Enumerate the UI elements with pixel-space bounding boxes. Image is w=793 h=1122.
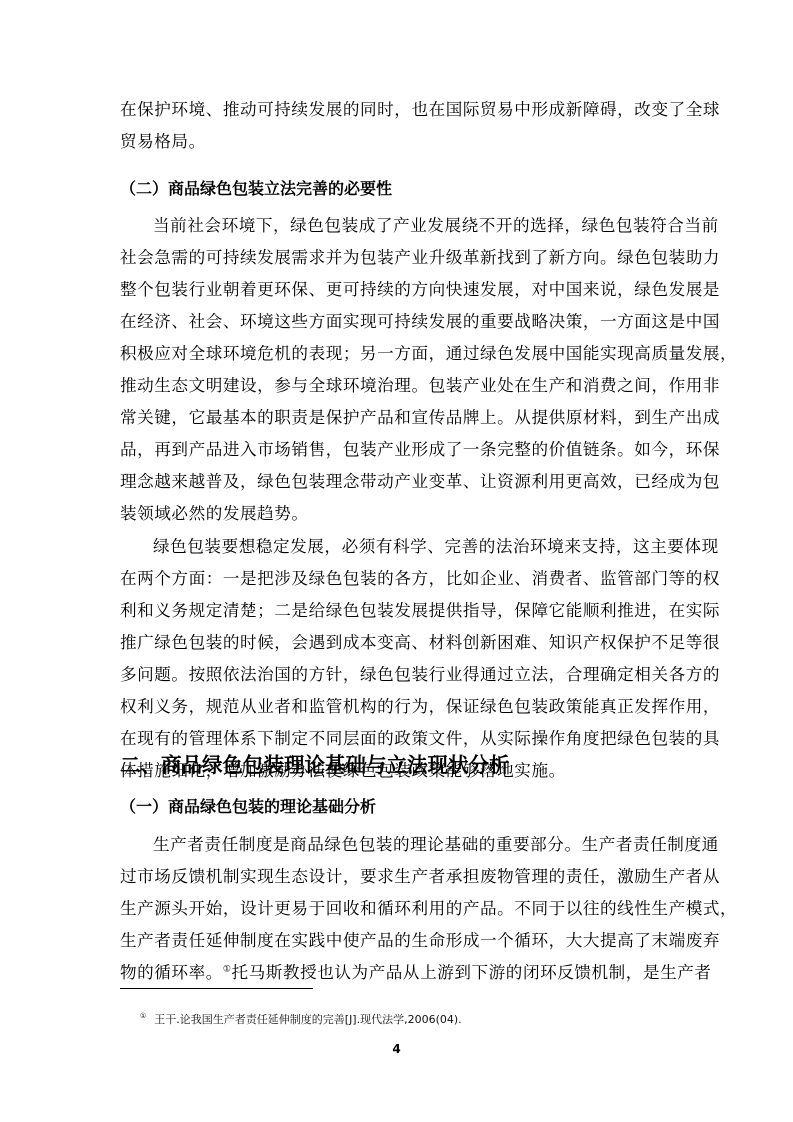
paragraph-line: 常关键，它最基本的职责是保护产品和宣传品牌上。从提供原材料，到生产出成 (120, 402, 737, 434)
continuation-paragraph: 在保护环境、推动可持续发展的同时，也在国际贸易中形成新障碍，改变了全球 贸易格局… (120, 94, 720, 158)
paragraph-line: 物的循环率。①托马斯教授也认为产品从上游到下游的闭环反馈机制，是生产者 (120, 957, 737, 989)
paragraph-line: 推动生态文明建设，参与全球环境治理。包装产业处在生产和消费之间，作用非 (120, 370, 737, 402)
paragraph-line: 装领域必然的发展趋势。 (120, 498, 737, 530)
footnote-text: 王干.论我国生产者责任延伸制度的完善[J].现代法学,2006(04). (154, 1013, 461, 1026)
paragraph-line: 多问题。按照依法治国的方针，绿色包装行业得通过立法，合理确定相关各方的 (120, 659, 720, 691)
paragraph-line: 理念越来越普及，绿色包装理念带动产业变革、让资源利用更高效，已经成为包 (120, 466, 737, 498)
footnote-mark: ① (140, 1012, 146, 1020)
line-text: 托马斯教授也认为产品从上游到下游的闭环反馈机制，是生产者 (232, 963, 712, 982)
line-text: 物的循环率。 (120, 963, 223, 982)
paragraph-line: 积极应对全球环境危机的表现；另一方面，通过绿色发展中国能实现高质量发展， (120, 338, 737, 370)
section-heading-theory-basis: （一）商品绿色包装的理论基础分析 (120, 794, 376, 817)
paragraph-line: 贸易格局。 (120, 126, 720, 158)
paragraph-line: 生产源头开始，设计更易于回收和循环利用的产品。不同于以往的线性生产模式， (120, 893, 737, 925)
footnote-reference-link[interactable]: ① (223, 964, 232, 974)
paragraph-line: 生产者责任延伸制度在实践中使产品的生命形成一个循环，大大提高了末端废弃 (120, 925, 737, 957)
paragraph-theory-1: 生产者责任制度是商品绿色包装的理论基础的重要部分。生产者责任制度通 过市场反馈机… (120, 829, 737, 989)
section-heading-necessity: （二）商品绿色包装立法完善的必要性 (120, 176, 392, 199)
paragraph-line: 社会急需的可持续发展需求并为包装产业升级革新找到了新方向。绿色包装助力 (120, 242, 737, 274)
paragraph-necessity-1: 当前社会环境下，绿色包装成了产业发展绕不开的选择，绿色包装符合当前 社会急需的可… (120, 210, 737, 530)
paragraph-line: 推广绿色包装的时候，会遇到成本变高、材料创新困难、知识产权保护不足等很 (120, 627, 720, 659)
paragraph-line: 在两个方面：一是把涉及绿色包装的各方，比如企业、消费者、监管部门等的权 (120, 563, 720, 595)
paragraph-line: 在保护环境、推动可持续发展的同时，也在国际贸易中形成新障碍，改变了全球 (120, 94, 720, 126)
chapter-heading-theory: 二、商品绿色包装理论基础与立法现状分析 (120, 748, 510, 778)
paragraph-line: 当前社会环境下，绿色包装成了产业发展绕不开的选择，绿色包装符合当前 (120, 210, 737, 242)
paragraph-line: 过市场反馈机制实现生态设计，要求生产者承担废物管理的责任，激励生产者从 (120, 861, 737, 893)
paragraph-line: 整个包装行业朝着更环保、更可持续的方向快速发展，对中国来说，绿色发展是 (120, 274, 737, 306)
paragraph-line: 在经济、社会、环境这些方面实现可持续发展的重要战略决策，一方面这是中国 (120, 306, 737, 338)
paragraph-line: 生产者责任制度是商品绿色包装的理论基础的重要部分。生产者责任制度通 (120, 829, 737, 861)
footnote-separator (120, 988, 313, 989)
footnote-1: ①王干.论我国生产者责任延伸制度的完善[J].现代法学,2006(04). (140, 1011, 462, 1027)
page-number: 4 (0, 1042, 793, 1056)
paragraph-line: 利和义务规定清楚；二是给绿色包装发展提供指导，保障它能顺利推进，在实际 (120, 595, 720, 627)
paragraph-line: 绿色包装要想稳定发展，必须有科学、完善的法治环境来支持，这主要体现 (120, 531, 720, 563)
paragraph-line: 品，再到产品进入市场销售，包装产业形成了一条完整的价值链条。如今，环保 (120, 434, 737, 466)
paragraph-line: 权利义务，规范从业者和监管机构的行为，保证绿色包装政策能真正发挥作用， (120, 691, 720, 723)
